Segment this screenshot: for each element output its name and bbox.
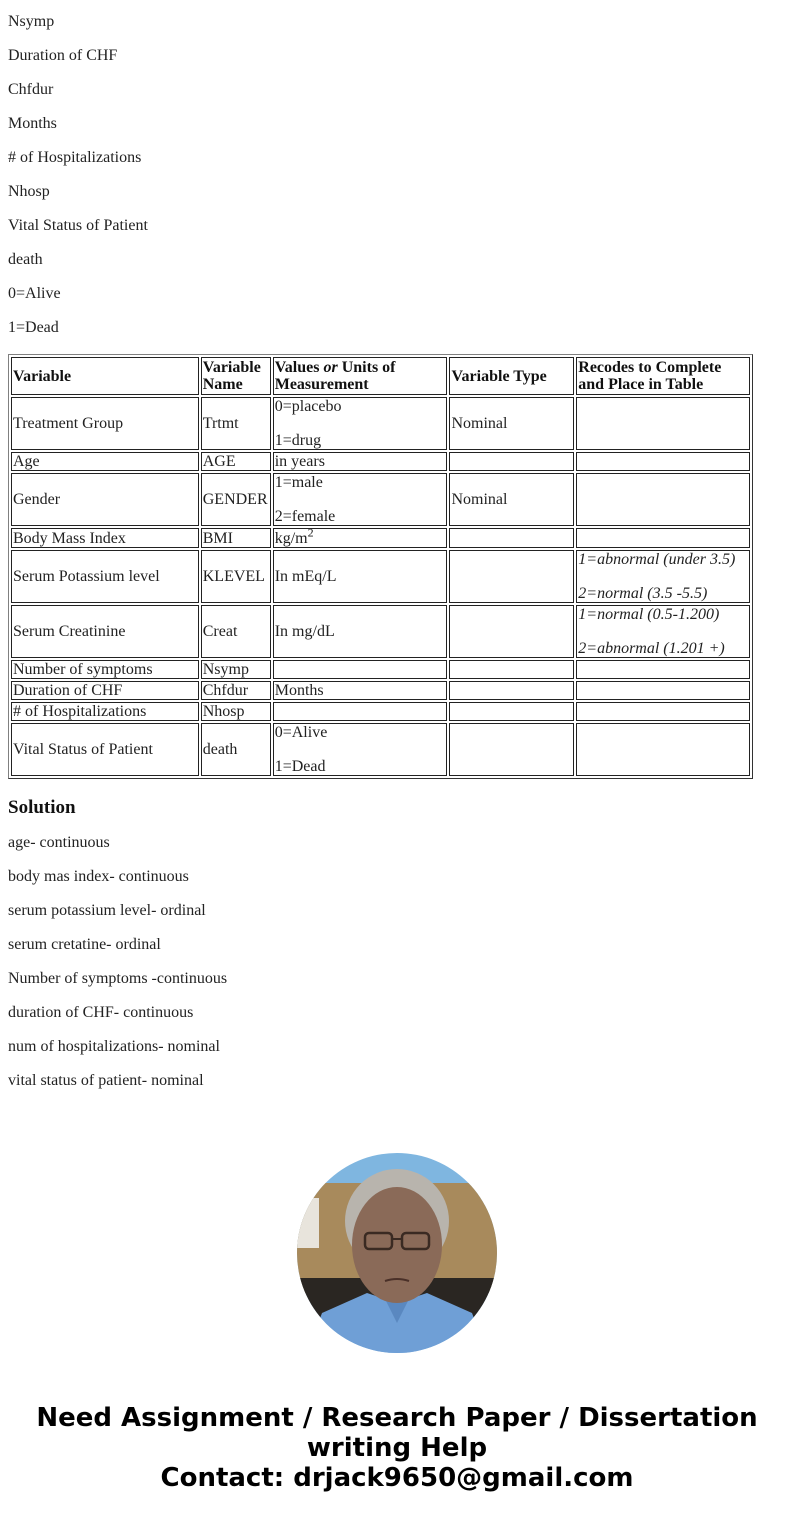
- solution-item: age- continuous: [8, 834, 786, 852]
- cell-variable-type: Nominal: [449, 473, 574, 526]
- cell-values-units: in years: [273, 452, 448, 471]
- paragraph: Duration of CHF: [8, 47, 786, 65]
- value-line: Months: [275, 682, 446, 699]
- cell-variable-name: BMI: [201, 528, 271, 548]
- cell-recodes: [576, 528, 750, 548]
- paragraph: 0=Alive: [8, 285, 786, 303]
- recode-line: 2=abnormal (1.201 +): [578, 640, 748, 657]
- cell-recodes: [576, 702, 750, 721]
- cell-recodes: [576, 660, 750, 679]
- table-row: Body Mass IndexBMIkg/m2: [11, 528, 750, 548]
- header-variable-name: Variable Name: [201, 357, 271, 395]
- cell-values-units: Months: [273, 681, 448, 700]
- header-recodes: Recodes to Complete and Place in Table: [576, 357, 750, 395]
- cell-values-units: 0=placebo1=drug: [273, 397, 448, 450]
- cell-variable: Duration of CHF: [11, 681, 199, 700]
- solution-item: num of hospitalizations- nominal: [8, 1038, 786, 1056]
- promo-banner: Need Assignment / Research Paper / Disse…: [0, 1403, 794, 1493]
- paragraph: Nhosp: [8, 183, 786, 201]
- value-line: In mEq/L: [275, 568, 446, 585]
- promo-line: writing Help: [0, 1433, 794, 1463]
- cell-variable: Vital Status of Patient: [11, 723, 199, 776]
- cell-variable-name: AGE: [201, 452, 271, 471]
- paragraph: Months: [8, 115, 786, 133]
- paragraph: Vital Status of Patient: [8, 217, 786, 235]
- recode-line: 1=abnormal (under 3.5): [578, 551, 748, 568]
- cell-values-units: [273, 702, 448, 721]
- value-line: 0=placebo: [275, 398, 446, 415]
- paragraph: Chfdur: [8, 81, 786, 99]
- table-row: Treatment GroupTrtmt0=placebo1=drugNomin…: [11, 397, 750, 450]
- table-row: AgeAGEin years: [11, 452, 750, 471]
- paragraph: death: [8, 251, 786, 269]
- table-row: GenderGENDER1=male2=femaleNominal: [11, 473, 750, 526]
- value-text: kg/m: [275, 530, 308, 547]
- cell-variable-type: [449, 550, 574, 603]
- cell-values-units: 0=Alive1=Dead: [273, 723, 448, 776]
- table-row: Vital Status of Patientdeath0=Alive1=Dea…: [11, 723, 750, 776]
- cell-recodes: [576, 397, 750, 450]
- header-values-prefix: Values: [275, 359, 324, 376]
- value-line: 1=drug: [275, 432, 446, 449]
- cell-variable: Treatment Group: [11, 397, 199, 450]
- cell-variable-name: Trtmt: [201, 397, 271, 450]
- table-header-row: Variable Variable Name Values or Units o…: [11, 357, 750, 395]
- value-line: In mg/dL: [275, 623, 446, 640]
- value-line: 1=Dead: [275, 758, 446, 775]
- cell-variable-type: [449, 452, 574, 471]
- promo-line: Need Assignment / Research Paper / Disse…: [0, 1403, 794, 1433]
- solution-item: serum potassium level- ordinal: [8, 902, 786, 920]
- paragraph: Nsymp: [8, 13, 786, 31]
- solution-item: vital status of patient- nominal: [8, 1072, 786, 1090]
- cell-variable: Serum Creatinine: [11, 605, 199, 658]
- cell-variable-name: Nhosp: [201, 702, 271, 721]
- header-variable: Variable: [11, 357, 199, 395]
- cell-variable: Serum Potassium level: [11, 550, 199, 603]
- cell-values-units: 1=male2=female: [273, 473, 448, 526]
- cell-variable-name: GENDER: [201, 473, 271, 526]
- value-superscript: 2: [308, 525, 314, 539]
- cell-variable-name: death: [201, 723, 271, 776]
- cell-recodes: [576, 723, 750, 776]
- cell-variable: Number of symptoms: [11, 660, 199, 679]
- table-row: Number of symptomsNsymp: [11, 660, 750, 679]
- value-line: 0=Alive: [275, 724, 446, 741]
- solution-list: age- continuous body mas index- continuo…: [8, 819, 786, 1090]
- value-line: 2=female: [275, 508, 446, 525]
- cell-recodes: [576, 452, 750, 471]
- cell-variable-type: [449, 528, 574, 548]
- cell-values-units: In mg/dL: [273, 605, 448, 658]
- paragraph: 1=Dead: [8, 319, 786, 337]
- solution-heading: Solution: [8, 797, 786, 819]
- table-body: Treatment GroupTrtmt0=placebo1=drugNomin…: [11, 397, 750, 776]
- table-row: Serum CreatinineCreatIn mg/dL1=normal (0…: [11, 605, 750, 658]
- recode-line: 1=normal (0.5-1.200): [578, 606, 748, 623]
- cell-recodes: 1=abnormal (under 3.5)2=normal (3.5 -5.5…: [576, 550, 750, 603]
- table-row: # of HospitalizationsNhosp: [11, 702, 750, 721]
- cell-variable: Age: [11, 452, 199, 471]
- cell-variable: Body Mass Index: [11, 528, 199, 548]
- cell-values-units: kg/m2: [273, 528, 448, 548]
- cell-recodes: [576, 473, 750, 526]
- cell-recodes: [576, 681, 750, 700]
- cell-variable-type: [449, 681, 574, 700]
- cell-variable: Gender: [11, 473, 199, 526]
- solution-item: duration of CHF- continuous: [8, 1004, 786, 1022]
- table-row: Serum Potassium levelKLEVELIn mEq/L1=abn…: [11, 550, 750, 603]
- cell-variable-name: Creat: [201, 605, 271, 658]
- variables-table: Variable Variable Name Values or Units o…: [8, 354, 753, 779]
- author-avatar: [297, 1153, 497, 1353]
- solution-item: serum cretatine- ordinal: [8, 936, 786, 954]
- cell-variable-name: Nsymp: [201, 660, 271, 679]
- recode-line: 2=normal (3.5 -5.5): [578, 585, 748, 602]
- cell-variable-type: Nominal: [449, 397, 574, 450]
- contact-email: Contact: drjack9650@gmail.com: [0, 1463, 794, 1493]
- header-variable-type: Variable Type: [449, 357, 574, 395]
- paragraph: # of Hospitalizations: [8, 149, 786, 167]
- top-paragraph-list: Nsymp Duration of CHF Chfdur Months # of…: [8, 0, 786, 337]
- cell-values-units: In mEq/L: [273, 550, 448, 603]
- document-body: Nsymp Duration of CHF Chfdur Months # of…: [0, 0, 794, 1090]
- cell-variable-name: Chfdur: [201, 681, 271, 700]
- cell-variable: # of Hospitalizations: [11, 702, 199, 721]
- header-values-or: or: [323, 359, 337, 376]
- cell-variable-type: [449, 723, 574, 776]
- header-values-units: Values or Units of Measurement: [273, 357, 448, 395]
- table-row: Duration of CHFChfdurMonths: [11, 681, 750, 700]
- cell-values-units: [273, 660, 448, 679]
- cell-variable-type: [449, 605, 574, 658]
- person-portrait-icon: [297, 1153, 497, 1353]
- cell-variable-name: KLEVEL: [201, 550, 271, 603]
- cell-recodes: 1=normal (0.5-1.200)2=abnormal (1.201 +): [576, 605, 750, 658]
- cell-variable-type: [449, 660, 574, 679]
- solution-item: Number of symptoms -continuous: [8, 970, 786, 988]
- value-line: in years: [275, 453, 446, 470]
- value-line: 1=male: [275, 474, 446, 491]
- cell-variable-type: [449, 702, 574, 721]
- solution-item: body mas index- continuous: [8, 868, 786, 886]
